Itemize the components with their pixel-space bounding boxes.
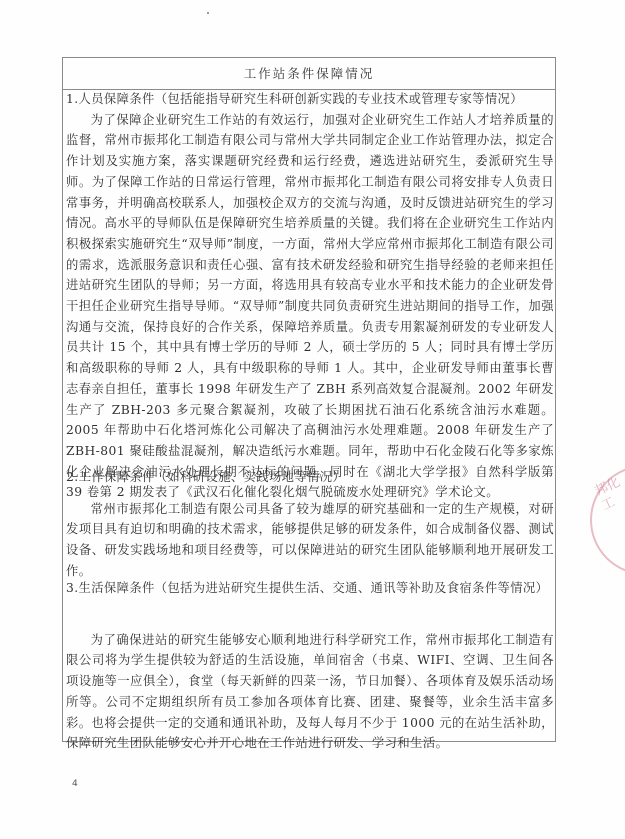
section-body-personnel: 为了保障企业研究生工作站的有效运行，加强对企业研究生工作站人才培养质量的监督，常… xyxy=(66,110,554,503)
section-personnel: 1.人员保障条件（包括能指导研究生科研创新实践的专业技术或管理专家等情况） 为了… xyxy=(66,89,554,503)
scan-speck xyxy=(207,12,209,14)
section-work: 2.工作保障条件（如科研设施、实践场地等情况） 常州市振邦化工制造有限公司具备了… xyxy=(66,467,554,582)
page-number: 4 xyxy=(72,779,78,789)
document-page: 工作站条件保障情况 1.人员保障条件（包括能指导研究生科研创新实践的专业技术或管… xyxy=(0,0,625,839)
table-title: 工作站条件保障情况 xyxy=(63,58,555,90)
section-body-living: 为了确保进站的研究生能够安心顺利地进行科学研究工作，常州市振邦化工制造有限公司将… xyxy=(66,630,554,754)
section-body-work: 常州市振邦化工制造有限公司具备了较为雄厚的研究基础和一定的生产规模，对研发项目具… xyxy=(66,499,554,582)
section-heading-work: 2.工作保障条件（如科研设施、实践场地等情况） xyxy=(66,467,554,488)
section-living: 3.生活保障条件（包括为进站研究生提供生活、交通、通讯等补助及食宿条件等情况） … xyxy=(66,578,554,754)
section-heading-personnel: 1.人员保障条件（包括能指导研究生科研创新实践的专业技术或管理专家等情况） xyxy=(66,89,554,110)
section-heading-living: 3.生活保障条件（包括为进站研究生提供生活、交通、通讯等补助及食宿条件等情况） xyxy=(66,578,554,599)
conditions-table: 工作站条件保障情况 1.人员保障条件（包括能指导研究生科研创新实践的专业技术或管… xyxy=(62,57,556,742)
